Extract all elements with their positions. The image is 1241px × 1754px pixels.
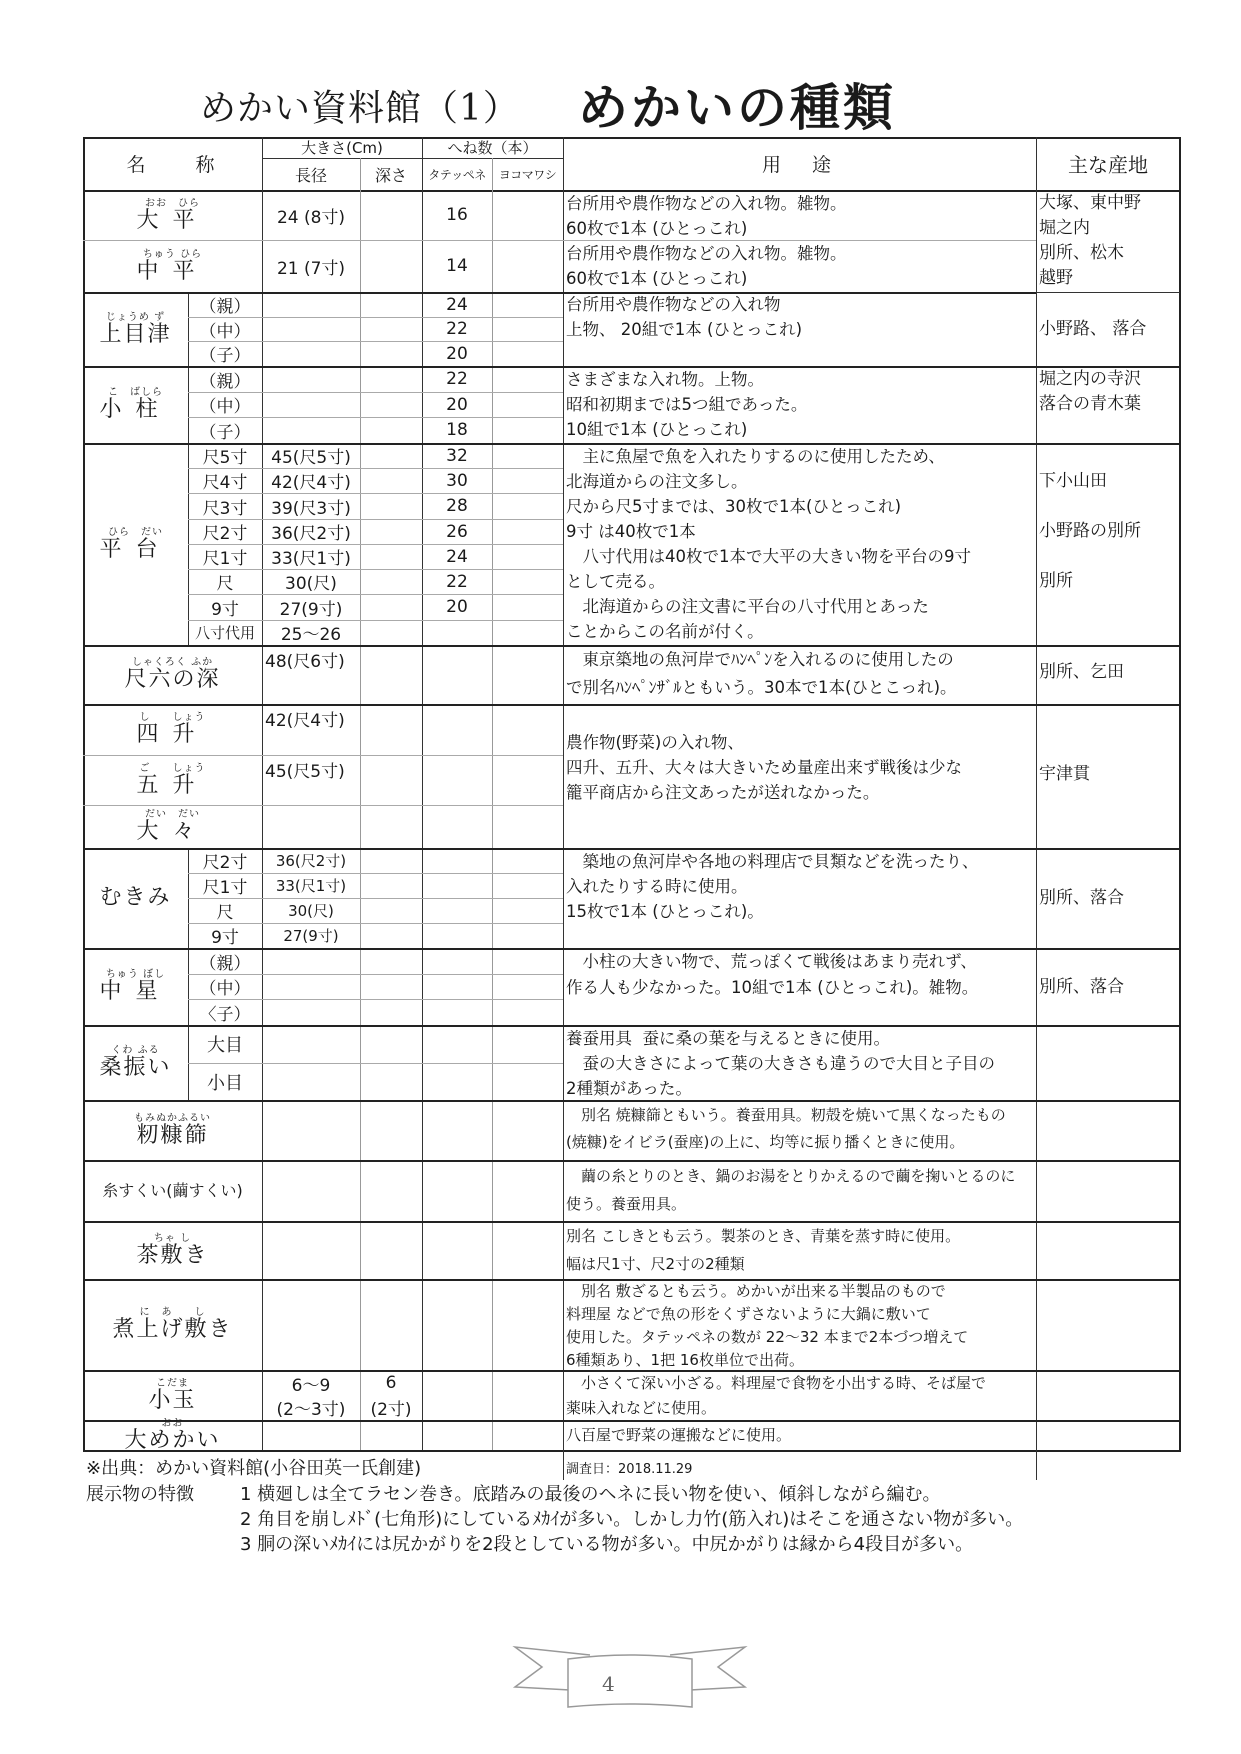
survey-date: 調査日：2018.11.29: [566, 1458, 692, 1477]
use-text: 別名 焼糠篩ともいう。養蚕用具。籾殻を焼いて黒くなったもの (焼糠)をイビラ(蚕…: [566, 1102, 1006, 1156]
sub-label: 小目: [188, 1063, 262, 1100]
tateppene-count: 18: [422, 417, 492, 443]
item-name: 大平: [136, 209, 208, 233]
long-diameter: 45(尺5寸): [262, 443, 360, 468]
item-name: 尺六の深: [124, 668, 220, 692]
sub-label: 尺5寸: [188, 443, 262, 468]
tateppene-count: 24: [422, 544, 492, 569]
long-diameter: 36(尺2寸): [262, 848, 360, 873]
use-text: 台所用や農作物などの入れ物。雑物。 60枚で1本 (ひとっこれ): [566, 191, 847, 241]
feature-item: 2 角目を崩しﾒﾄﾞ(七角形)にしているﾒｶｲが多い。しかし力竹(筋入れ)はそこ…: [240, 1505, 1023, 1531]
item-name: 上目津: [99, 323, 171, 347]
use-text: 八百屋で野菜の運搬などに使用。: [566, 1423, 791, 1448]
tateppene-count: 16: [422, 190, 492, 240]
long-diameter: 27(9寸): [262, 594, 360, 620]
header-size: 大きさ(Cm): [262, 137, 422, 158]
origin-text: 下小山田: [1039, 469, 1107, 494]
tateppene-count: 14: [422, 240, 492, 292]
long-diameter: 33(尺1寸): [262, 544, 360, 569]
origin-text-shou-group: 宇津貫: [1039, 762, 1090, 787]
item-name: 小柱: [99, 398, 171, 422]
use-text: 小さくて深い小ざる。料理屋で食物を小出する時、そば屋で 薬味入れなどに使用。: [566, 1371, 986, 1421]
long-diameter: 6～9: [262, 1371, 360, 1395]
tateppene-count: 20: [422, 594, 492, 620]
item-name: 桑振い: [99, 1056, 171, 1080]
tateppene-count: 28: [422, 493, 492, 519]
source-note: ※出典：めかい資料館(小谷田英一氏創建): [86, 1454, 421, 1480]
origin-text: 大塚、東中野 堀之内: [1039, 191, 1141, 241]
header-name: 名 称: [83, 137, 262, 190]
header-depth: 深さ: [360, 158, 422, 190]
depth-sun: (2寸): [360, 1395, 422, 1419]
long-diameter: 48(尺6寸): [262, 647, 363, 671]
use-text: 養蚕用具 蚕に桑の葉を与えるときに使用。 蚕の大きさによって葉の大きさも違うので…: [566, 1026, 995, 1101]
sub-label: 9寸: [188, 594, 262, 620]
sub-label: 9寸: [188, 923, 262, 948]
header-tateppene: タテッペネ: [422, 158, 492, 190]
long-diameter: 24 (8寸): [262, 190, 360, 240]
item-name: むきみ: [99, 886, 171, 910]
long-diameter: 42(尺4寸): [262, 706, 363, 730]
page-ribbon-icon: [510, 1645, 750, 1710]
item-name: 平台: [99, 538, 171, 562]
depth: 6: [360, 1371, 422, 1395]
sub-label: （親）: [188, 292, 262, 317]
page-number: 4: [602, 1672, 615, 1696]
use-text: 東京築地の魚河岸でﾊﾝﾍﾟﾝを入れるのに使用したの で別名ﾊﾝﾍﾟﾝｻﾞﾙともい…: [566, 646, 957, 702]
sub-label: （子）: [188, 417, 262, 443]
long-diameter: 21 (7寸): [262, 240, 360, 292]
origin-text: 小野路の別所: [1039, 519, 1141, 544]
item-name: 大々: [136, 820, 208, 844]
tateppene-count: 26: [422, 519, 492, 544]
header-yokomawashi: ヨコマワシ: [492, 158, 563, 190]
item-name: 中星: [99, 980, 171, 1004]
use-text-shou-group: 農作物(野菜)の入れ物、 四升、五升、大々は大きいため量産出来ず戦後は少な 籠平…: [566, 730, 962, 805]
long-diameter: 25～26: [262, 620, 360, 645]
tateppene-count: 30: [422, 468, 492, 493]
sub-label: （子）: [188, 341, 262, 366]
sub-label: 大目: [188, 1025, 262, 1063]
sub-label: 尺: [188, 898, 262, 923]
features-label: 展示物の特徴: [86, 1480, 194, 1506]
tateppene-count: 22: [422, 317, 492, 341]
tateppene-count: 32: [422, 443, 492, 468]
use-text: 主に魚屋で魚を入れたりするのに使用したため、 北海道からの注文多し。 尺から尺5…: [566, 444, 971, 644]
item-name: 中平: [136, 260, 208, 284]
use-text: 別名 敷ざるとも云う。めかいが出来る半製品のもので 料理屋 などで魚の形をくずさ…: [566, 1280, 968, 1372]
long-diameter: 33(尺1寸): [262, 873, 360, 898]
long-diameter: 42(尺4寸): [262, 468, 360, 493]
tateppene-count: 20: [422, 341, 492, 366]
sub-label: 尺2寸: [188, 848, 262, 873]
sub-label: 〈子）: [188, 999, 262, 1025]
origin-text: 別所、松木 越野: [1039, 241, 1124, 291]
item-name: 糸すくい(繭すくい): [102, 1179, 243, 1203]
item-name: 茶敷き: [136, 1244, 208, 1268]
origin-text: 別所、落合: [1039, 886, 1124, 911]
tateppene-count: 20: [422, 392, 492, 417]
origin-text: 小野路、 落合: [1039, 317, 1146, 342]
tateppene-count: 22: [422, 569, 492, 594]
sub-label: 尺1寸: [188, 873, 262, 898]
sub-label: 尺2寸: [188, 519, 262, 544]
origin-text: 別所、落合: [1039, 975, 1124, 1000]
long-diameter: 30(尺): [262, 569, 360, 594]
long-diameter: 27(9寸): [262, 923, 360, 948]
use-text: 台所用や農作物などの入れ物 上物、 20組で1本 (ひとっこれ): [566, 292, 802, 342]
sub-label: （中）: [188, 317, 262, 341]
origin-text: 堀之内の寺沢 落合の青木葉: [1039, 367, 1141, 417]
use-text: 台所用や農作物などの入れ物。雑物。 60枚で1本 (ひとっこれ): [566, 241, 847, 291]
item-name: 五升: [136, 774, 208, 798]
use-text: 小柱の大きい物で、荒っぽくて戦後はあまり売れず、 作る人も少なかった。10組で1…: [566, 949, 978, 1001]
header-hene-count: へね数（本）: [422, 137, 563, 158]
feature-item: 3 胴の深いﾒｶｲには尻かがりを2段としている物が多い。中尻かがりは縁から4段目…: [240, 1530, 973, 1556]
long-diameter: 39(尺3寸): [262, 493, 360, 519]
tateppene-count: 24: [422, 292, 492, 317]
feature-item: 1 横廻しは全てラセン巻き。底踏みの最後のヘネに長い物を使い、傾斜しながら編む。: [240, 1480, 940, 1506]
sub-label: 尺1寸: [188, 544, 262, 569]
tateppene-count: 22: [422, 366, 492, 392]
long-diameter: 45(尺5寸): [262, 757, 363, 781]
item-name: 小玉: [148, 1389, 196, 1413]
use-text: 繭の糸とりのとき、鍋のお湯をとりかえるので繭を掬いとるのに 使う。養蚕用具。: [566, 1162, 1015, 1218]
long-diameter: 30(尺): [262, 898, 360, 923]
use-text: 築地の魚河岸や各地の料理店で貝類などを洗ったり、 入れたりする時に使用。 15枚…: [566, 849, 979, 924]
origin-text: 別所: [1039, 569, 1073, 594]
use-text: 別名 こしきとも云う。製茶のとき、青葉を蒸す時に使用。 幅は尺1寸、尺2寸の2種…: [566, 1222, 960, 1278]
document-subtitle: めかい資料館（1）: [200, 80, 520, 131]
sub-label: （中）: [188, 392, 262, 417]
sub-label: （親）: [188, 366, 262, 392]
sub-label: 八寸代用: [188, 620, 262, 645]
header-use: 用 途: [563, 137, 1036, 190]
header-long-diameter: 長径: [262, 158, 360, 190]
sub-label: 尺: [188, 569, 262, 594]
header-origin: 主な産地: [1036, 137, 1180, 190]
item-name: 大めかい: [124, 1429, 220, 1453]
item-name: 煮上げ敷き: [112, 1318, 232, 1342]
origin-text: 別所、乞田: [1039, 660, 1124, 685]
long-diameter-sun: (2～3寸): [262, 1395, 360, 1419]
sub-label: 尺4寸: [188, 468, 262, 493]
long-diameter: 36(尺2寸): [262, 519, 360, 544]
sub-label: 尺3寸: [188, 493, 262, 519]
item-name: 籾糠篩: [136, 1124, 208, 1148]
sub-label: （中）: [188, 974, 262, 999]
item-name: 四升: [136, 723, 208, 747]
use-text: さまざまな入れ物。上物。 昭和初期までは5つ組であった。 10組で1本 (ひとっ…: [566, 367, 807, 442]
sub-label: （親）: [188, 948, 262, 974]
document-title: めかいの種類: [578, 68, 896, 140]
